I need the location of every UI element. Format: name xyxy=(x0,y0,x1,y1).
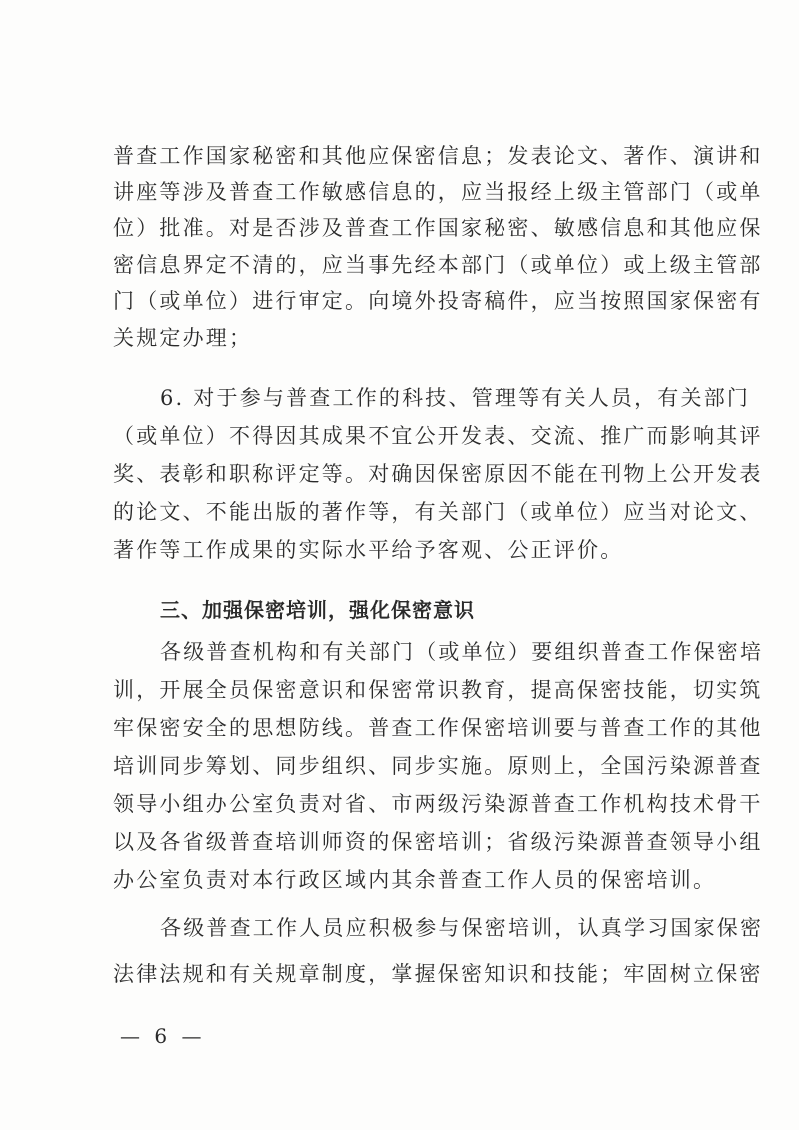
paragraph-line: 领导小组办公室负责对省、市两级污染源普查工作机构技术骨干 xyxy=(113,786,693,822)
paragraph-line: 以及各省级普查培训师资的保密培训；省级污染源普查领导小组 xyxy=(113,824,693,860)
page-number: — 6 — xyxy=(120,1024,205,1048)
paragraph-line: 牢保密安全的思想防线。普查工作保密培训要与普查工作的其他 xyxy=(113,710,693,746)
paragraph-line: 办公室负责对本行政区域内其余普查工作人员的保密培训。 xyxy=(113,862,693,898)
paragraph-line: 密信息界定不清的，应当事先经本部门（或单位）或上级主管部 xyxy=(113,247,693,283)
paragraph-line: 著作等工作成果的实际水平给予客观、公正评价。 xyxy=(113,532,693,568)
paragraph-line: 门（或单位）进行审定。向境外投寄稿件，应当按照国家保密有 xyxy=(113,283,693,319)
paragraph-line: 各级普查工作人员应积极参与保密培训，认真学习国家保密 xyxy=(160,910,693,946)
paragraph-line: 讲座等涉及普查工作敏感信息的，应当报经上级主管部门（或单 xyxy=(113,174,693,210)
paragraph-line: 关规定办理； xyxy=(113,320,693,356)
paragraph-line: 法律法规和有关规章制度，掌握保密知识和技能；牢固树立保密 xyxy=(113,956,693,992)
paragraph-line: 培训同步筹划、同步组织、同步实施。原则上，全国污染源普查 xyxy=(113,748,693,784)
paragraph-line: 各级普查机构和有关部门（或单位）要组织普查工作保密培 xyxy=(160,634,693,670)
document-page: 普查工作国家秘密和其他应保密信息；发表论文、著作、演讲和 讲座等涉及普查工作敏感… xyxy=(0,0,799,1130)
paragraph-line: 训，开展全员保密意识和保密常识教育，提高保密技能，切实筑 xyxy=(113,672,693,708)
paragraph-line: 普查工作国家秘密和其他应保密信息；发表论文、著作、演讲和 xyxy=(113,138,693,174)
paragraph-line: （或单位）不得因其成果不宜公开发表、交流、推广而影响其评 xyxy=(113,418,693,454)
paragraph-line: 的论文、不能出版的著作等，有关部门（或单位）应当对论文、 xyxy=(113,494,693,530)
section-heading: 三、加强保密培训，强化保密意识 xyxy=(160,592,693,628)
paragraph-line: 位）批准。对是否涉及普查工作国家秘密、敏感信息和其他应保 xyxy=(113,210,693,246)
list-item-6: 6. 对于参与普查工作的科技、管理等有关人员，有关部门 xyxy=(160,380,693,416)
paragraph-line: 奖、表彰和职称评定等。对确因保密原因不能在刊物上公开发表 xyxy=(113,456,693,492)
